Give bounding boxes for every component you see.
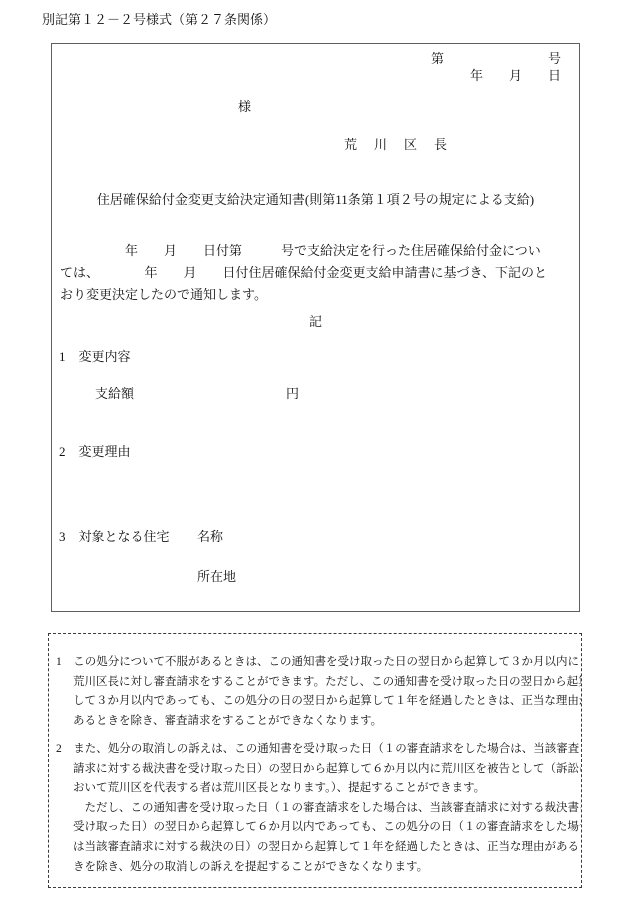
notification-document-box: 第 号 年 月 日 様 荒 川 区 長 住居確保給付金変更支給決定通知書(則第1… [51,43,580,612]
notice-item-2-line: きを除き、処分の取消しの訴えを提起することができなくなります。 [49,858,581,878]
payment-amount-unit-yen: 円 [286,383,299,402]
section-2-change-reason-heading: 2 変更理由 [59,441,131,460]
notice-item-1-line: あるときを除き、審査請求をすることができなくなります。 [49,712,581,732]
section-1-change-details-heading: 1 変更内容 [59,346,131,365]
document-date-line: 年 月 日 [470,65,561,84]
appeal-rights-notice-box: 1 この処分について不服があるときは、この通知書を受け取った日の翌日から起算して… [48,633,582,888]
ki-record-marker: 記 [52,311,579,330]
notice-item-1-line: して３か月以内であっても、この処分の日の翌日から起算して１年を経過したときは、正… [49,692,581,712]
notice-item-2-line: おいて荒川区を代表する者は荒川区長となります。）、提起することができます。 [49,779,581,799]
notice-item-2-line: 2 また、処分の取消しの訴えは、この通知書を受け取った日（１の審査請求をした場合… [49,740,581,760]
notice-item-1: 1 この処分について不服があるときは、この通知書を受け取った日の翌日から起算して… [49,653,581,731]
notice-item-2-line: ただし、この通知書を受け取った日（１の審査請求をした場合は、当該審査請求に対する… [49,799,581,819]
addressee-sama-label: 様 [238,96,251,115]
notice-item-2-line: は当該審査請求に対する裁決の日）の翌日から起算して１年を経過したときは、正当な理… [49,838,581,858]
issuer-arakawa-ward-mayor: 荒 川 区 長 [344,134,449,153]
body-line: 年 月 日付第 号で支給決定を行った住居確保給付金につい [60,240,547,262]
notice-item-1-line: 荒川区長に対し審査請求をすることができます。ただし、この通知書を受け取った日の翌… [49,673,581,693]
payment-amount-row: 支給額 円 [52,383,579,401]
notice-item-2: 2 また、処分の取消しの訴えは、この通知書を受け取った日（１の審査請求をした場合… [49,740,581,877]
section-3-target-housing-heading: 3 対象となる住宅 [59,526,170,545]
notice-item-2-line: 受け取った日）の翌日から起算して６か月以内であっても、この処分の日（１の審査請求… [49,818,581,838]
form-number-label: 別記第１２－２号様式（第２７条関係） [42,9,276,28]
notice-item-2-line: 請求に対する裁決書を受け取った日）の翌日から起算して６か月以内に荒川区を被告とし… [49,760,581,780]
payment-amount-label: 支給額 [95,383,134,402]
housing-location-label: 所在地 [197,566,236,585]
notice-item-1-line: 1 この処分について不服があるときは、この通知書を受け取った日の翌日から起算して… [49,653,581,673]
housing-name-label: 名称 [197,526,223,545]
document-title: 住居確保給付金変更支給決定通知書(則第11条第１項２号の規定による支給) [52,189,579,208]
body-paragraph: 年 月 日付第 号で支給決定を行った住居確保給付金につい ては、 年 月 日付住… [60,240,547,306]
body-line: ては、 年 月 日付住居確保給付金変更支給申請書に基づき、下記のと [60,262,547,284]
body-line: おり変更決定したので通知します。 [60,284,547,306]
